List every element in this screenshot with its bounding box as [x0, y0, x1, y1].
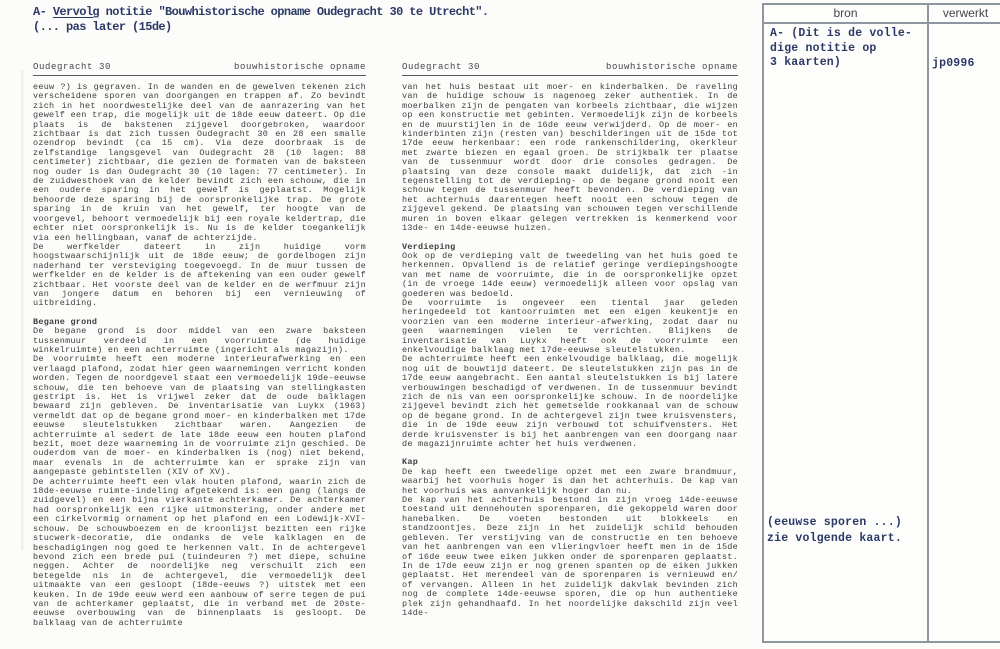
annotation-rest: notitie "Bouwhistorische opname Oudegrac… — [99, 5, 488, 19]
paragraph: van het huis bestaat uit moer- en kinder… — [402, 83, 738, 234]
typed-column-right: Oudegracht 30 bouwhistorische opname van… — [402, 62, 738, 618]
index-card-panel: bron verwerkt A- (Dit is de volle- dige … — [762, 3, 1000, 643]
annotation-prefix: A- — [33, 5, 53, 19]
card-header-separator — [764, 22, 1000, 24]
header-doctype: bouwhistorische opname — [234, 62, 366, 72]
typed-column-left: Oudegracht 30 bouwhistorische opname eeu… — [33, 62, 366, 628]
header-address: Oudegracht 30 — [33, 62, 111, 72]
paragraph: De achterruimte heeft een enkelvoudige b… — [402, 355, 738, 449]
paragraph: De werfkelder dateert in zijn huidige vo… — [33, 243, 366, 309]
handwritten-continuation-note: (eeuwse sporen ...) zie volgende kaart. — [767, 515, 902, 546]
paragraph: De kap van het achterhuis bestond in zij… — [402, 496, 738, 618]
handwritten-bron-note: A- (Dit is de volle- dige notitie op 3 k… — [770, 27, 912, 71]
paragraph: De achterruimte heeft een vlak houten pl… — [33, 478, 366, 629]
annotation-underlined-word: Vervolg — [53, 5, 99, 19]
scan-artifact — [21, 70, 25, 550]
paragraph: De voorruimte is ongeveer een tiental ja… — [402, 299, 738, 355]
verwerkt-column-header: verwerkt — [929, 6, 1000, 20]
card-column-divider — [927, 5, 929, 641]
column-header-right: Oudegracht 30 bouwhistorische opname — [402, 62, 738, 76]
header-doctype: bouwhistorische opname — [606, 62, 738, 72]
column-body-right: van het huis bestaat uit moer- en kinder… — [402, 83, 738, 618]
paragraph: De voorruimte heeft een moderne interieu… — [33, 355, 366, 477]
handwritten-verwerkt-code: jp0996 — [932, 57, 975, 70]
handwritten-top-annotation: A- Vervolg notitie "Bouwhistorische opna… — [33, 5, 489, 35]
paragraph: De begane grond is door middel van een z… — [33, 327, 366, 355]
column-header-left: Oudegracht 30 bouwhistorische opname — [33, 62, 366, 76]
paragraph: eeuw ?) is gegraven. In de wanden en de … — [33, 83, 366, 243]
annotation-line2: (... pas later (15de) — [33, 20, 489, 35]
annotation-line1: A- Vervolg notitie "Bouwhistorische opna… — [33, 5, 489, 20]
paragraph: Ook op de verdieping valt de tweedeling … — [402, 252, 738, 299]
header-address: Oudegracht 30 — [402, 62, 480, 72]
bron-column-header: bron — [764, 6, 927, 20]
column-body-left: eeuw ?) is gegraven. In de wanden en de … — [33, 83, 366, 628]
paragraph: De kap heeft een tweedelige opzet met ee… — [402, 468, 738, 496]
